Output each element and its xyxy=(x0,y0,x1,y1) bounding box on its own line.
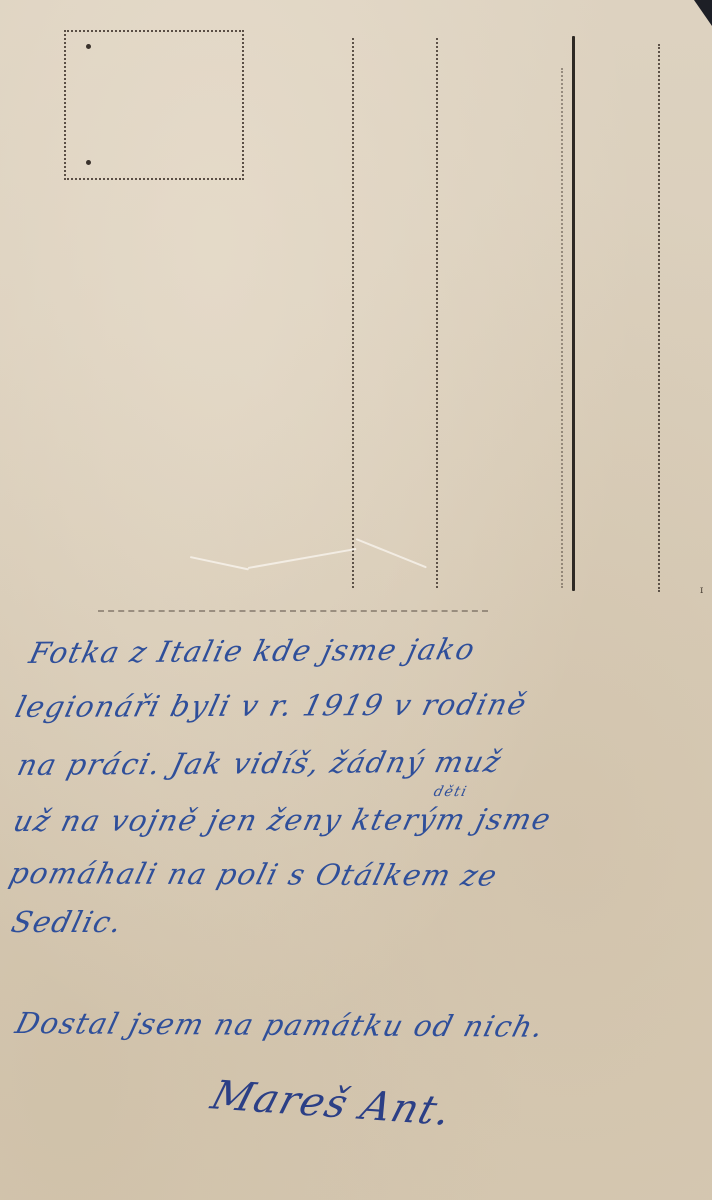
message-line-3: na práci. Jak vidíš, žádný muž xyxy=(14,745,505,782)
message-line-7: Dostal jsem na památku od nich. xyxy=(12,1006,548,1044)
paper-crease xyxy=(356,538,427,568)
ink-dot xyxy=(86,44,91,49)
signature: Mareš Ant. xyxy=(206,1073,458,1135)
address-guide-line-2 xyxy=(436,38,438,588)
ink-dot xyxy=(86,160,91,165)
paper-crease xyxy=(248,548,357,569)
address-guide-line-4 xyxy=(658,44,660,592)
corner-mark: ɪ xyxy=(700,585,703,596)
footer-rule xyxy=(98,610,488,612)
stamp-placeholder-box xyxy=(64,30,244,180)
postcard-back: ɪ Fotka z Italie kde jsme jako legionáři… xyxy=(0,0,712,1200)
address-guide-line-1 xyxy=(352,38,354,588)
clipped-corner xyxy=(694,0,712,26)
address-guide-line-3 xyxy=(561,68,563,588)
message-line-1: Fotka z Italie kde jsme jako xyxy=(26,632,479,670)
message-line-5: pomáhali na poli s Otálkem ze xyxy=(6,856,502,893)
message-line-6: Sedlic. xyxy=(8,905,127,939)
message-line-2: legionáři byli v r. 1919 v rodině xyxy=(12,687,531,724)
message-insertion: děti xyxy=(432,784,469,800)
paper-crease xyxy=(190,556,249,570)
message-line-4: už na vojně jen ženy kterým jsme xyxy=(10,802,555,838)
divider-line xyxy=(572,36,575,591)
